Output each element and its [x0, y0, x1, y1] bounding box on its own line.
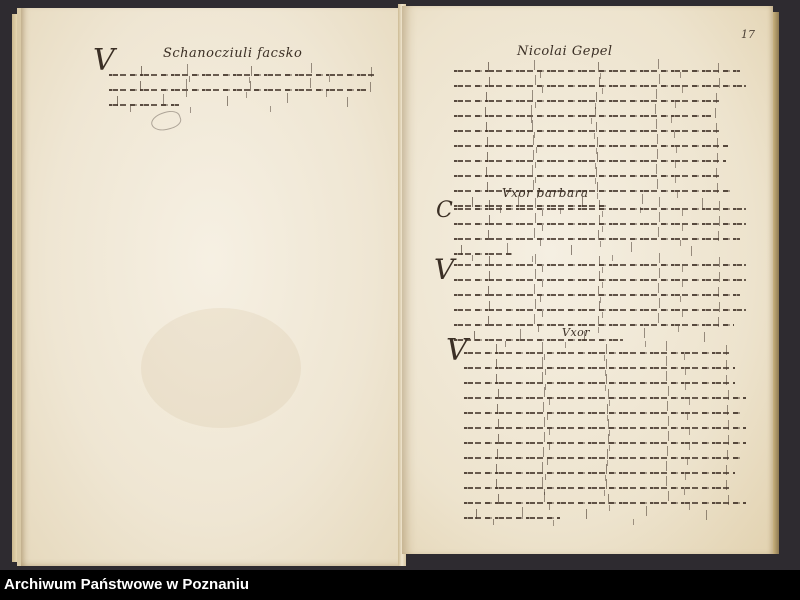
handwritten-line — [454, 309, 746, 311]
handwritten-line — [464, 427, 746, 429]
handwritten-line — [454, 238, 740, 240]
section-text — [454, 70, 746, 220]
folio-number: 17 — [741, 28, 755, 41]
handwritten-line — [464, 517, 560, 519]
section-heading: Vxor barbara — [502, 186, 589, 200]
section-text — [454, 208, 746, 268]
handwritten-line — [454, 205, 606, 207]
decorated-initial: V — [93, 46, 115, 76]
section-heading: Nicolai Gepel — [517, 44, 613, 59]
handwritten-line — [454, 339, 623, 341]
decorated-initial: V — [434, 256, 454, 284]
right-page: 17 Nicolai Gepel Vxor barbara C V — [402, 6, 773, 554]
archive-caption: Archiwum Państwowe w Poznaniu — [0, 570, 800, 600]
decorated-initial: C — [436, 200, 453, 222]
handwritten-line — [109, 74, 377, 76]
handwritten-line — [454, 70, 740, 72]
handwritten-line — [454, 115, 711, 117]
handwritten-line — [454, 175, 723, 177]
section-heading: Vxor — [562, 326, 590, 339]
left-page-heading: Schanocziuli facsko — [163, 46, 302, 61]
paper-stain — [141, 308, 301, 428]
handwritten-line — [454, 85, 746, 87]
handwritten-line — [464, 457, 740, 459]
section-text — [464, 352, 746, 532]
handwritten-line — [464, 352, 732, 354]
handwritten-line — [454, 130, 720, 132]
handwritten-line — [464, 472, 735, 474]
handwritten-line — [454, 223, 746, 225]
handwritten-line — [109, 89, 366, 91]
handwritten-line — [454, 160, 726, 162]
handwritten-line — [464, 442, 746, 444]
handwritten-line — [454, 145, 728, 147]
handwritten-line — [464, 367, 735, 369]
handwritten-line — [454, 324, 734, 326]
handwritten-line — [454, 279, 746, 281]
handwritten-line — [454, 264, 746, 266]
handwritten-line — [109, 104, 179, 106]
handwritten-line — [454, 253, 512, 255]
handwritten-line — [454, 208, 746, 210]
left-page: Schanocziuli facsko V — [17, 8, 402, 566]
section-text — [454, 264, 746, 354]
handwritten-line — [464, 382, 735, 384]
handwritten-line — [464, 487, 732, 489]
manuscript-viewer: Schanocziuli facsko V 17 Nicolai Gepel — [0, 0, 800, 570]
handwritten-line — [464, 412, 740, 414]
handwritten-line — [454, 294, 740, 296]
handwritten-line — [454, 100, 723, 102]
handwritten-line — [454, 190, 731, 192]
handwritten-line — [464, 397, 746, 399]
left-page-text — [109, 74, 377, 119]
handwritten-line — [464, 502, 746, 504]
